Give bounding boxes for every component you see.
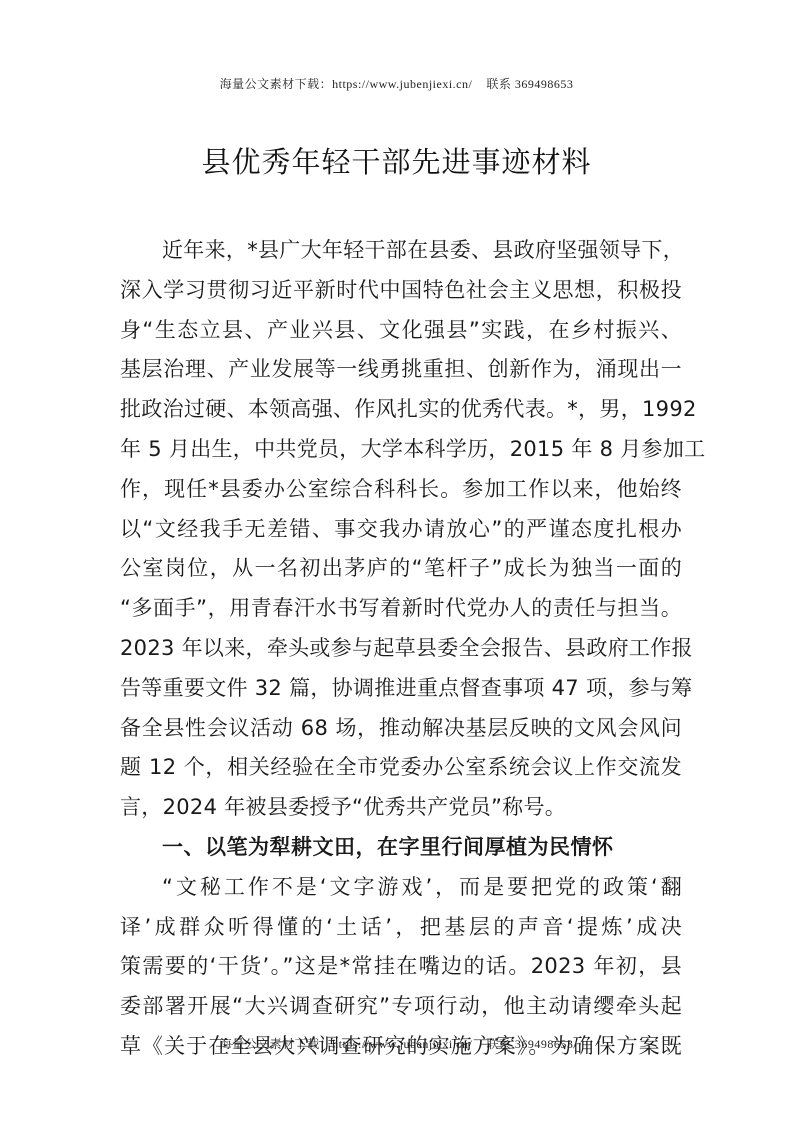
text-line: 公室岗位，从一名初出茅庐的“笔杆子”成长为独当一面的 [120,549,682,589]
text-line: “多面手”，用青春汗水书写着新时代党办人的责任与担当。 [120,589,682,629]
text-line: 身“生态立县、产业兴县、文化强县”实践，在乡村振兴、 [120,311,682,351]
text-line: 委部署开展“大兴调查研究”专项行动，他主动请缨牵头起 [120,987,682,1027]
page-footer: 海量公文素材下载：https://www.jubenjiexi.cn/联系 36… [0,1035,793,1052]
paragraph-intro: 近年来，*县广大年轻干部在县委、县政府坚强领导下， 深入学习贯彻习近平新时代中国… [120,231,682,828]
text-line: 深入学习贯彻习近平新时代中国特色社会主义思想，积极投 [120,271,682,311]
text-line: 题 12 个，相关经验在全市党委办公室系统会议上作交流发 [120,748,682,788]
header-source-text: 海量公文素材下载：https://www.jubenjiexi.cn/ [220,77,473,91]
text-line: 言，2024 年被县委授予“优秀共产党员”称号。 [120,788,682,828]
text-line: 年 5 月出生，中共党员，大学本科学历，2015 年 8 月参加工 [120,430,682,470]
section-heading: 一、以笔为犁耕文田，在字里行间厚植为民情怀 [120,828,682,868]
text-line: 作，现任*县委办公室综合科科长。参加工作以来，他始终 [120,470,682,510]
document-title: 县优秀年轻干部先进事迹材料 [0,140,793,181]
footer-contact-text: 联系 369498653 [486,1037,573,1051]
text-line: 备全县性会议活动 68 场，推动解决基层反映的文风会风问 [120,709,682,749]
text-line: 以“文经我手无差错、事交我办请放心”的严谨态度扎根办 [120,510,682,550]
text-line: 策需要的‘干货’。”这是*常挂在嘴边的话。2023 年初，县 [120,947,682,987]
text-line: 基层治理、产业发展等一线勇挑重担、创新作为，涌现出一 [120,350,682,390]
page-header: 海量公文素材下载：https://www.jubenjiexi.cn/联系 36… [0,75,793,92]
document-body: 近年来，*县广大年轻干部在县委、县政府坚强领导下， 深入学习贯彻习近平新时代中国… [120,231,682,1067]
text-line: 批政治过硬、本领高强、作风扎实的优秀代表。*，男，1992 [120,390,682,430]
text-line: “文秘工作不是‘文字游戏’，而是要把党的政策‘翻 [120,868,682,908]
header-contact-text: 联系 369498653 [486,77,573,91]
text-line: 2023 年以来，牵头或参与起草县委全会报告、县政府工作报 [120,629,682,669]
text-line: 告等重要文件 32 篇，协调推进重点督查事项 47 项，参与筹 [120,669,682,709]
footer-source-text: 海量公文素材下载：https://www.jubenjiexi.cn/ [220,1037,473,1051]
text-line: 译’成群众听得懂的‘土话’，把基层的声音‘提炼’成决 [120,908,682,948]
text-line: 近年来，*县广大年轻干部在县委、县政府坚强领导下， [120,231,682,271]
